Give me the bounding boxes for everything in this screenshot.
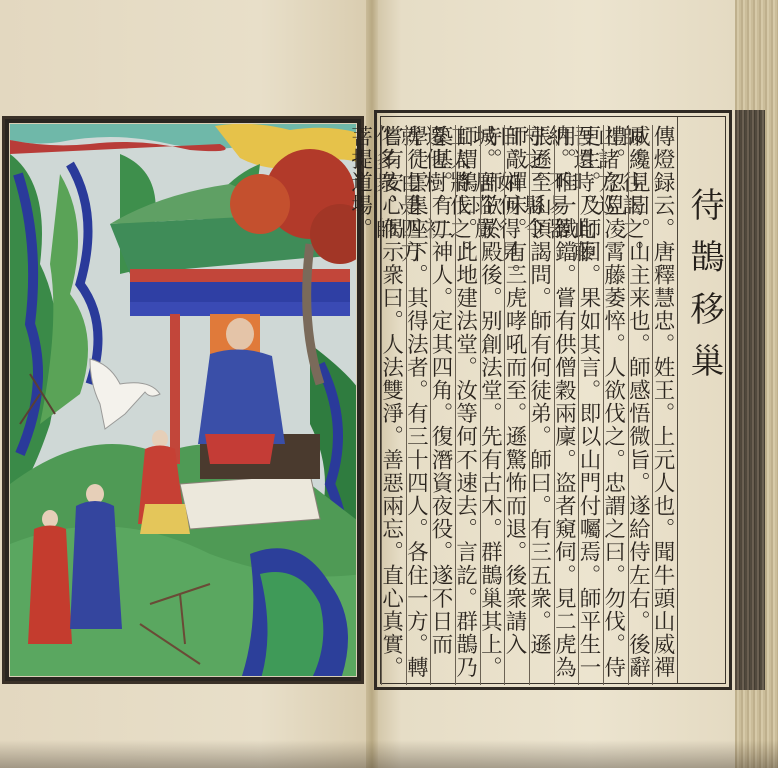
text-column-2: 威纔見曰。山主来也。師感悟微旨。遂給侍左右。後辭山諸方巡 xyxy=(628,125,654,685)
text-frame: 待鵲移巢 傳燈録云。唐釋慧忠。姓王。上元人也。聞牛頭山威禪師。往謁之。 威纔見曰… xyxy=(374,110,732,690)
text-column-6: 張遜至山頂謁問。師有何徒弟。師曰。有三五衆。遜曰。如何得見。 xyxy=(529,125,555,685)
text-column-7: 師敲禪床。有三虎哮吼而至。遜驚怖而退。後衆請入城。居荘嚴 xyxy=(504,125,530,685)
chapter-title: 待鵲移巢 xyxy=(681,187,727,487)
text-column-4: 更生。及師回。果如其言。即以山門付囑焉。師平生一納。不易器 xyxy=(578,125,604,685)
text-column-3: 禮。忽見凌霄藤萎悴。人欲伐之。忠謂之曰。勿伐。侍吾還時。此藤 xyxy=(603,125,629,685)
bottom-shadow xyxy=(0,740,778,768)
page-edge-shadow xyxy=(735,110,765,690)
text-column-5: 用。唯一鐵鐺。嘗有供僧穀兩廩。盗者窺伺。見二虎為守之。縣令 xyxy=(554,125,580,685)
page-edges xyxy=(735,0,778,768)
text-column-12: 嘗有安心偈示衆曰。人法雙淨。善惡兩忘。直心真實。菩提道場。 xyxy=(381,125,407,685)
text-column-10: 築基。有二神人。定其四角。復潛資夜役。遂不日而就。由是四方 xyxy=(430,125,456,685)
text-panel: 待鵲移巢 傳燈録云。唐釋慧忠。姓王。上元人也。聞牛頭山威禪師。往謁之。 威纔見曰… xyxy=(380,116,726,684)
illustration-scene xyxy=(10,124,357,677)
text-column-9: 師謂鵲曰。此地建法堂。汝等何不速去。言訖。群鵲乃遷他樹。初 xyxy=(455,125,481,685)
illustration-frame xyxy=(2,116,364,684)
text-column-11: 學徒雲集座下。其得法者。有三十四人。各住一方。轉化多衆。師 xyxy=(406,125,432,685)
text-column-8: 寺。師欲於殿後。别創法堂。先有古木。群鵲巢其上。工人將伐之。 xyxy=(480,125,506,685)
illustration xyxy=(9,123,357,677)
text-column-1: 傳燈録云。唐釋慧忠。姓王。上元人也。聞牛頭山威禪師。往謁之。 xyxy=(652,125,678,685)
